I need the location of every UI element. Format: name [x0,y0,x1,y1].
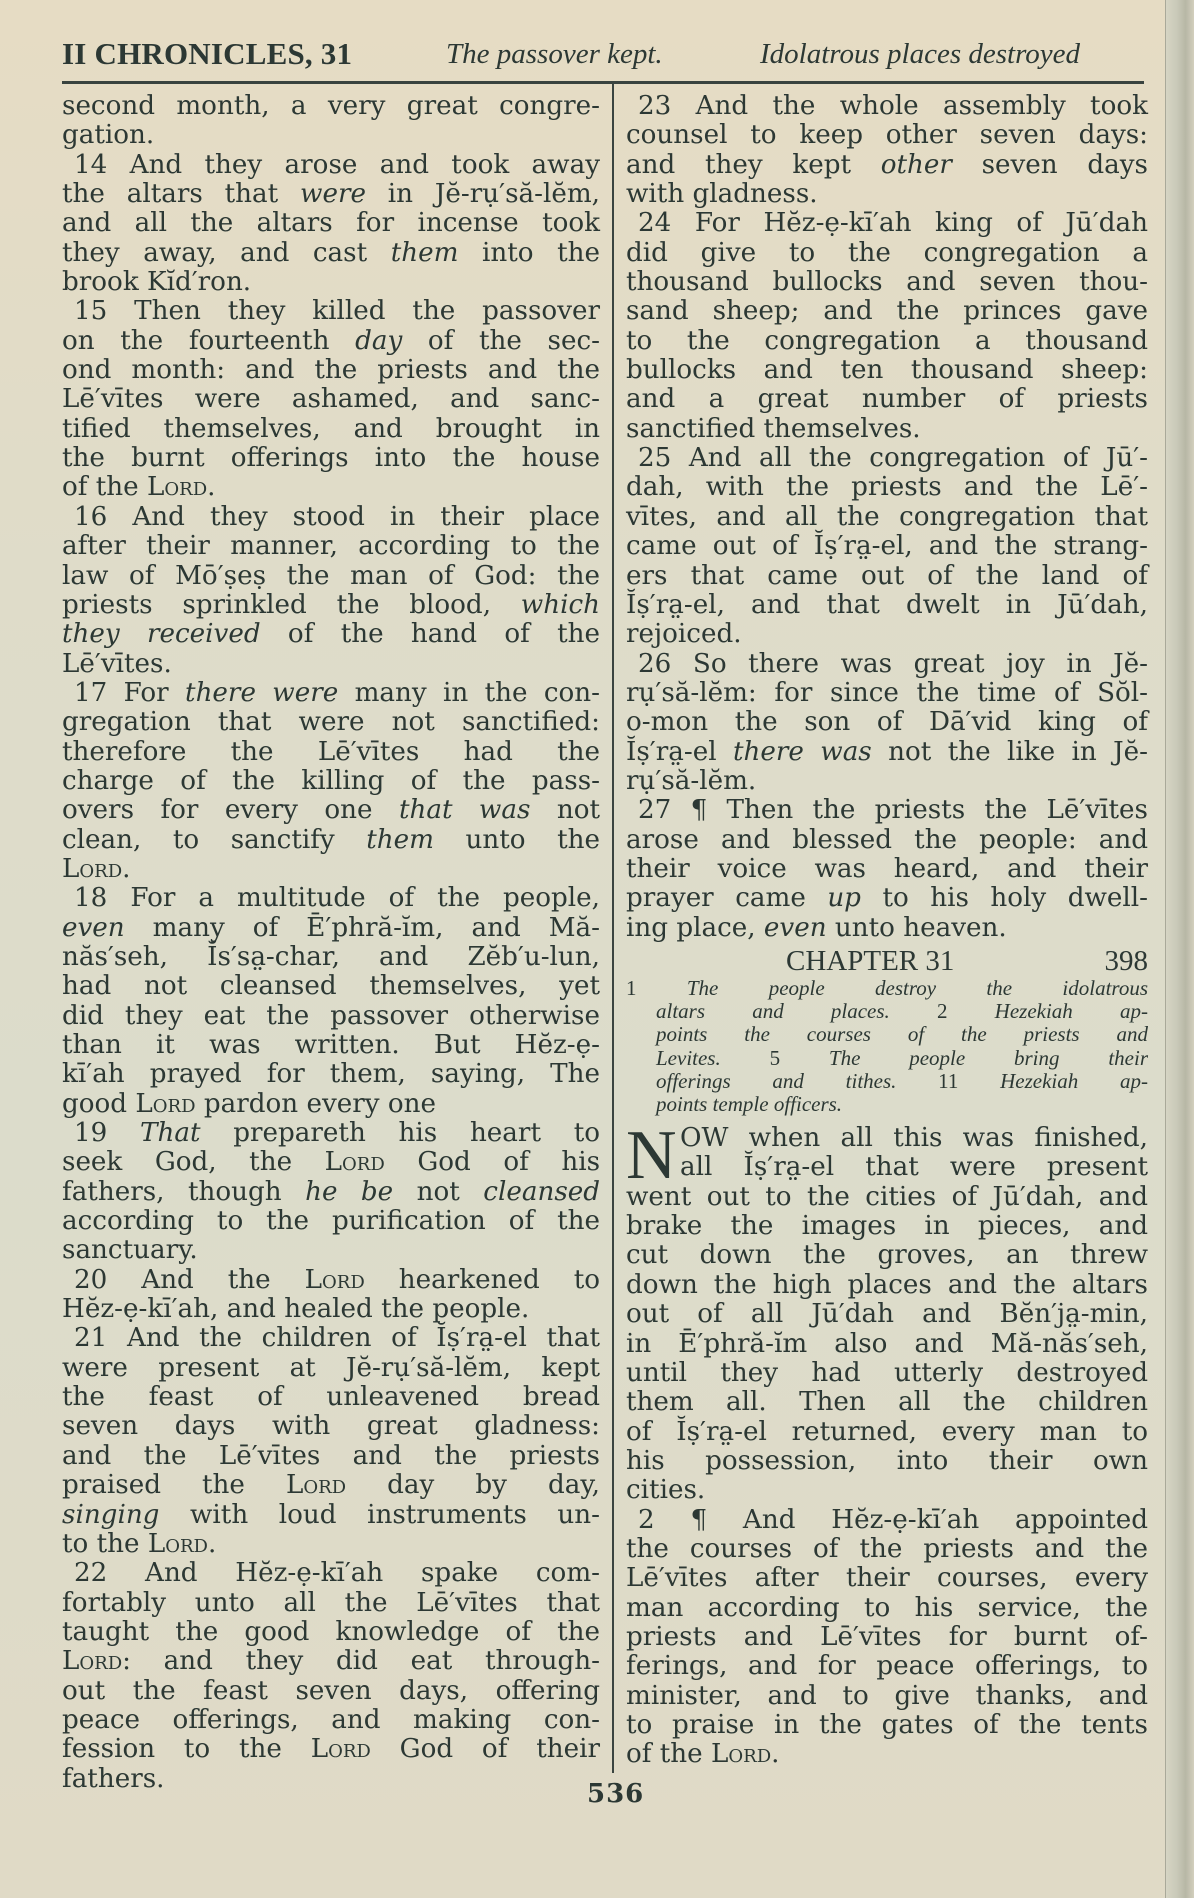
verse-line: sand sheep; and the princes gave [626,297,1148,326]
verse-line: peace offerings, and making con- [62,1706,600,1735]
verse-line: and the Lē′vītes and the priests [62,1442,600,1471]
verse-line: Ĭṣ′ra̤-el, and that dwelt in Jū′dah, [626,591,1148,620]
verse-line: they received of the hand of the [62,620,600,649]
verse-line: had not cleansed themselves, yet [62,972,600,1001]
verse-line: according to the purification of the [62,1207,600,1236]
verse-line: thousand bullocks and seven thou- [626,268,1148,297]
verse-line: law of Mō′ṣeṣ the man of God: the [62,562,600,591]
verse-line: of the Lord. [62,473,600,502]
running-topic-1: The passover kept. [446,38,663,71]
verse-line: them all. Then all the children [626,1388,1148,1417]
verse-line: ing place, even unto heaven. [626,914,1148,943]
verse-line: came out of Ĭṣ′ra̤-el, and the strang- [626,532,1148,561]
verse-line: ond month: and the priests and the [62,356,600,385]
verse-line: therefore the Lē′vītes had the [62,738,600,767]
verse-line: bullocks and ten thousand sheep: [626,356,1148,385]
verse-line: good Lord pardon every one [62,1090,600,1119]
verse-line: of Ĭṣ′ra̤-el returned, every man to [626,1418,1148,1447]
verse-line: brake the images in pieces, and [626,1212,1148,1241]
summary-line: points temple officers. [626,1093,1148,1116]
verse-line: with gladness. [626,180,1148,209]
verse-line: until they had utterly destroyed [626,1359,1148,1388]
verse-line: rụ′să-lĕm. [626,767,1148,796]
header-rule [62,81,1144,84]
verse-line: gation. [62,121,600,150]
verse-line: the feast of unleavened bread [62,1383,600,1412]
verse-line: Lord. [62,855,600,884]
verse-line: priests sprinkled the blood, which [62,591,600,620]
verse-line: Lē′vītes after their courses, every [626,1564,1148,1593]
verse-line: 25 And all the congregation of Jū′- [626,444,1148,473]
verse-line: in Ē′phră-ĭm also and Mă-năs′seh, [626,1330,1148,1359]
verse-line: went out to the cities of Jū′dah, and [626,1183,1148,1212]
right-column: 23 And the whole assembly tookcounsel to… [626,92,1148,1770]
verse-line: counsel to keep other seven days: [626,121,1148,150]
verse-line: and all the altars for incense took [62,209,600,238]
verse-line: fathers. [62,1765,600,1794]
running-head: II CHRONICLES, 31 The passover kept. Ido… [62,36,1152,72]
book-binding-shadow [1165,0,1194,1898]
verse-line: priests and Lē′vītes for burnt of- [626,1623,1148,1652]
verse-line: the courses of the priests and the [626,1535,1148,1564]
chapter-reference-number: 398 [1105,945,1149,977]
verse-line: fathers, though he be not cleansed [62,1178,600,1207]
verse-line: down the high places and the altars [626,1271,1148,1300]
verse-line: ers that came out of the land of [626,562,1148,591]
verse-line: tified themselves, and brought in [62,415,600,444]
book-chapter-title: II CHRONICLES, 31 [62,36,352,72]
verses-before-chapter: 23 And the whole assembly tookcounsel to… [626,92,1148,943]
verse-line: and they kept other seven days [626,151,1148,180]
verse-line: 2 ¶ And Hĕz-ẹ-kī′ah appointed [626,1506,1148,1535]
drop-cap: N [626,1128,677,1184]
verse-line: seven days with great gladness: [62,1412,600,1441]
left-column: second month, a very great congre-gation… [62,92,600,1794]
verse-line: Lord: and they did eat through- [62,1647,600,1676]
summary-line: 1 The people destroy the idolatrous [626,977,1148,1000]
verse-line: the burnt offerings into the house [62,444,600,473]
verse-line: second month, a very great congre- [62,92,600,121]
chapter-summary: 1 The people destroy the idolatrousaltar… [626,977,1148,1116]
verse-line: overs for every one that was not [62,796,600,825]
summary-line: points the courses of the priests and [626,1023,1148,1046]
verse-line: Lē′vītes. [62,650,600,679]
verse-line: 23 And the whole assembly took [626,92,1148,121]
verse-line: and a great number of priests [626,385,1148,414]
summary-line: offerings and tithes. 11 Hezekiah ap- [626,1070,1148,1093]
verse-line: their voice was heard, and their [626,855,1148,884]
verse-line: Ĭṣ′ra̤-el there was not the like in Jĕ- [626,738,1148,767]
verse-line: kī′ah prayed for them, saying, The [62,1060,600,1089]
verse-line: of the Lord. [626,1740,1148,1769]
page-number: 536 [587,1779,644,1809]
verse-line: 22 And Hĕz-ẹ-kī′ah spake com- [62,1559,600,1588]
verse-line: even many of Ē′phră-ĭm, and Mă- [62,914,600,943]
verse-line: charge of the killing of the pass- [62,767,600,796]
verse-line: năs′seh, Ĭs′sa̤-char, and Zĕb′u-lun, [62,943,600,972]
verse-line: OW when all this was finished, [626,1124,1148,1153]
verse-line: seek God, the Lord God of his [62,1148,600,1177]
verse-line: out of all Jū′dah and Bĕn′ja̤-min, [626,1300,1148,1329]
verse-line: his possession, into their own [626,1447,1148,1476]
verse-line: cities. [626,1476,1148,1505]
verse-line: the altars that were in Jĕ-rụ′să-lĕm, [62,180,600,209]
summary-line: Levites. 5 The people bring their [626,1047,1148,1070]
verse-line: to the congregation a thousand [626,327,1148,356]
verses-after-chapter: OW when all this was finished,all Ĭṣ′ra̤… [626,1124,1148,1770]
verse-line: they away, and cast them into the [62,239,600,268]
verse-line: arose and blessed the people: and [626,826,1148,855]
verse-line: were present at Jĕ-rụ′să-lĕm, kept [62,1354,600,1383]
verse-line: 27 ¶ Then the priests the Lē′vītes [626,796,1148,825]
verse-line: Hĕz-ẹ-kī′ah, and healed the people. [62,1295,600,1324]
verse-line: rụ′să-lĕm: for since the time of Sŏl- [626,679,1148,708]
verse-line: ferings, and for peace offerings, to [626,1652,1148,1681]
running-topic-2: Idolatrous places destroyed [760,38,1080,71]
verse-line: out the feast seven days, offering [62,1677,600,1706]
verse-line: brook Kĭd′ron. [62,268,600,297]
chapter-heading: CHAPTER 31 398 [626,945,1148,977]
verse-line: o-mon the son of Dā′vid king of [626,708,1148,737]
verse-line: sanctuary. [62,1236,600,1265]
verse-line: 20 And the Lord hearkened to [62,1266,600,1295]
verse-line: dah, with the priests and the Lē′- [626,473,1148,502]
verse-line: 17 For there were many in the con- [62,679,600,708]
verse-line: than it was written. But Hĕz-ẹ- [62,1031,600,1060]
chapter-title: CHAPTER 31 [786,945,954,977]
verse-line: sanctified themselves. [626,415,1148,444]
verse-line: all Ĭṣ′ra̤-el that were present [626,1153,1148,1182]
verse-line: prayer came up to his holy dwell- [626,884,1148,913]
verse-line: rejoiced. [626,620,1148,649]
verse-line: to the Lord. [62,1530,600,1559]
verse-line: clean, to sanctify them unto the [62,826,600,855]
verse-line: man according to his service, the [626,1594,1148,1623]
verse-line: fortably unto all the Lē′vītes that [62,1589,600,1618]
verse-line: 14 And they arose and took away [62,151,600,180]
column-divider [612,83,614,1773]
chapter-opening: N OW when all this was finished,all Ĭṣ′r… [626,1124,1148,1770]
verse-line: to praise in the gates of the tents [626,1711,1148,1740]
verse-line: vītes, and all the congregation that [626,503,1148,532]
verse-line: on the fourteenth day of the sec- [62,327,600,356]
verse-line: gregation that were not sanctified: [62,708,600,737]
verse-line: taught the good knowledge of the [62,1618,600,1647]
verse-line: singing with loud instruments un- [62,1501,600,1530]
verse-line: did give to the congregation a [626,239,1148,268]
verse-line: cut down the groves, an threw [626,1241,1148,1270]
verse-line: fession to the Lord God of their [62,1735,600,1764]
verse-line: 16 And they stood in their place [62,503,600,532]
verse-line: did they eat the passover otherwise [62,1002,600,1031]
verse-line: Lē′vītes were ashamed, and sanc- [62,385,600,414]
verse-line: 19 That prepareth his heart to [62,1119,600,1148]
verse-line: praised the Lord day by day, [62,1471,600,1500]
verse-line: 15 Then they killed the passover [62,297,600,326]
verse-line: 26 So there was great joy in Jĕ- [626,650,1148,679]
verse-line: 18 For a multitude of the people, [62,884,600,913]
verse-line: minister, and to give thanks, and [626,1682,1148,1711]
verse-line: 21 And the children of Ĭṣ′ra̤-el that [62,1324,600,1353]
summary-line: altars and places. 2 Hezekiah ap- [626,1000,1148,1023]
verse-line: 24 For Hĕz-ẹ-kī′ah king of Jū′dah [626,209,1148,238]
verse-line: after their manner, according to the [62,532,600,561]
